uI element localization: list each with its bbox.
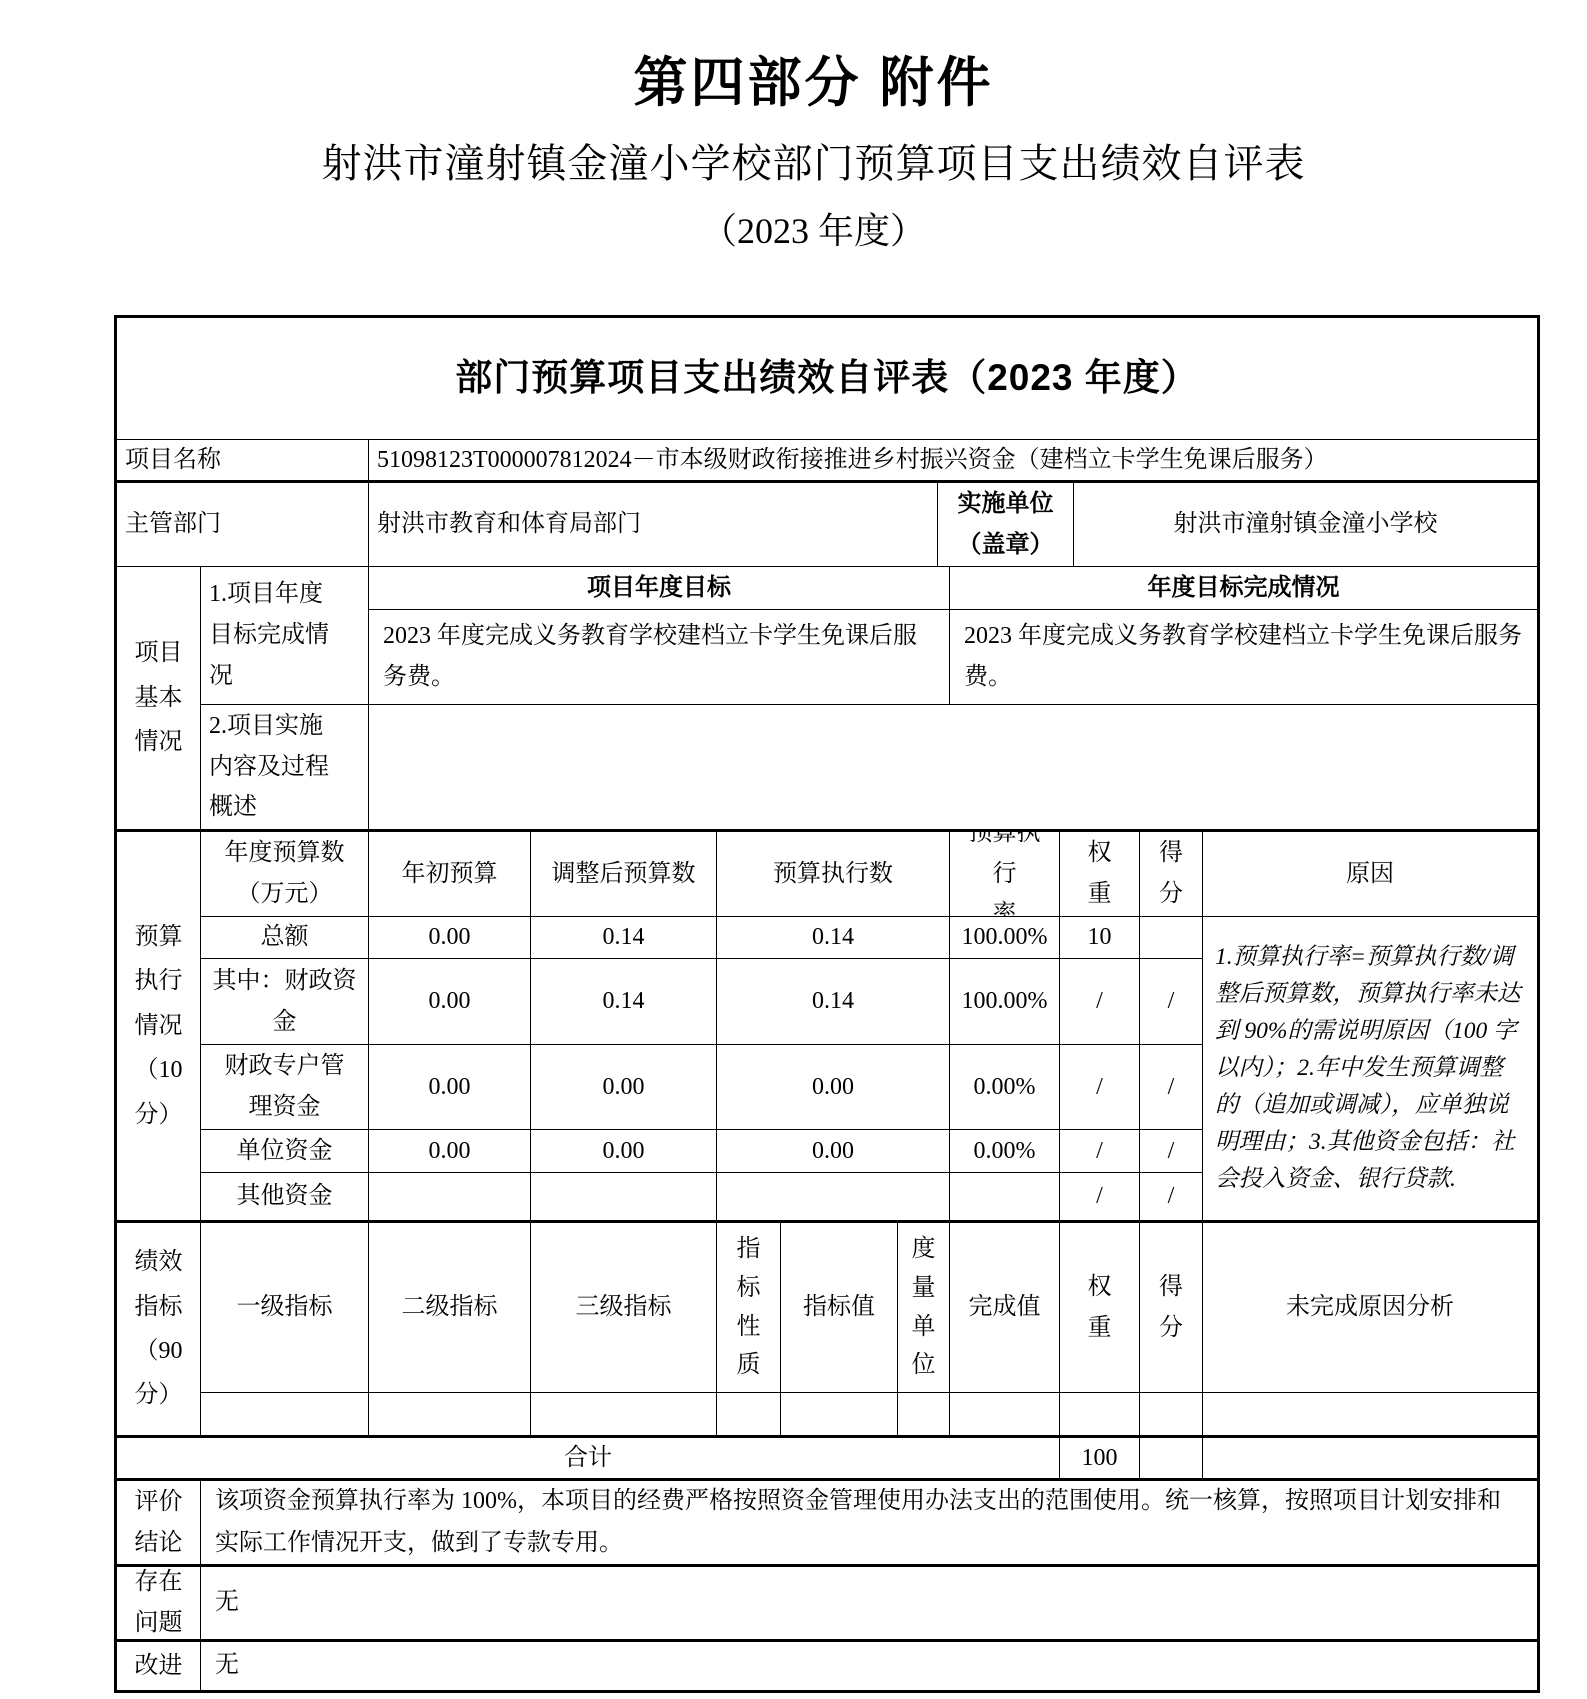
budget-row-label: 总额 xyxy=(201,917,369,959)
annual-goal-row-label: 1.项目年度 目标完成情 况 xyxy=(201,567,369,705)
budget-cell: 0.00% xyxy=(950,1130,1060,1173)
section-label-performance: 绩效 指标 （90 分） xyxy=(117,1223,201,1438)
empty-cell xyxy=(1060,1393,1140,1438)
budget-header-initial: 年初预算 xyxy=(369,832,531,917)
total-weight: 100 xyxy=(1060,1438,1140,1481)
budget-cell: / xyxy=(1060,1130,1140,1173)
empty-cell xyxy=(369,1393,531,1438)
implementing-unit-label: 实施单位 （盖章） xyxy=(938,483,1074,567)
budget-row-label: 财政专户管 理资金 xyxy=(201,1045,369,1130)
empty-cell xyxy=(1203,1393,1537,1438)
budget-cell xyxy=(369,1173,531,1223)
perf-header-analysis: 未完成原因分析 xyxy=(1203,1223,1537,1393)
budget-cell: 10 xyxy=(1060,917,1140,959)
empty-cell xyxy=(898,1393,950,1438)
budget-cell: / xyxy=(1140,1173,1203,1223)
perf-header-level2: 二级指标 xyxy=(369,1223,531,1393)
improvement-text: 无 xyxy=(201,1642,1537,1690)
problems-text: 无 xyxy=(201,1567,1537,1642)
empty-cell xyxy=(531,1393,717,1438)
project-name-label: 项目名称 xyxy=(117,440,369,483)
section-label-basic-info: 项目 基本 情况 xyxy=(117,567,201,832)
budget-cell: / xyxy=(1060,1173,1140,1223)
perf-header-completed-value: 完成值 xyxy=(950,1223,1060,1393)
budget-header-adjusted: 调整后预算数 xyxy=(531,832,717,917)
problems-label: 存在 问题 xyxy=(117,1567,201,1642)
budget-cell: 0.14 xyxy=(531,959,717,1045)
empty-cell xyxy=(781,1393,898,1438)
project-name-value: 51098123T000007812024－市本级财政衔接推进乡村振兴资金（建档… xyxy=(369,440,1537,483)
perf-header-level1: 一级指标 xyxy=(201,1223,369,1393)
table-title: 部门预算项目支出绩效自评表（2023 年度） xyxy=(117,318,1537,440)
annual-goal-header: 项目年度目标 xyxy=(369,567,950,610)
goal-completion-header: 年度目标完成情况 xyxy=(950,567,1537,610)
budget-row-label: 其他资金 xyxy=(201,1173,369,1223)
budget-cell xyxy=(531,1173,717,1223)
budget-cell: 0.00 xyxy=(531,1045,717,1130)
budget-row-label: 单位资金 xyxy=(201,1130,369,1173)
budget-header-weight: 权 重 xyxy=(1060,832,1140,917)
budget-cell: / xyxy=(1140,1045,1203,1130)
perf-header-nature: 指 标 性 质 xyxy=(717,1223,781,1393)
budget-cell: 100.00% xyxy=(950,959,1060,1045)
budget-header-executed: 预算执行数 xyxy=(717,832,950,917)
total-label: 合计 xyxy=(117,1438,1060,1481)
budget-cell: 0.00 xyxy=(531,1130,717,1173)
perf-header-score: 得 分 xyxy=(1140,1223,1203,1393)
budget-cell: 0.00 xyxy=(717,1130,950,1173)
implementing-unit-value: 射洪市潼射镇金潼小学校 xyxy=(1074,483,1537,567)
budget-cell: / xyxy=(1060,959,1140,1045)
year-line: （2023 年度） xyxy=(40,203,1587,254)
budget-cell xyxy=(1140,917,1203,959)
page-title: 第四部分 附件 xyxy=(40,40,1587,117)
budget-cell: 100.00% xyxy=(950,917,1060,959)
budget-header-rate: 预算执行 率 xyxy=(950,832,1060,917)
budget-cell: / xyxy=(1140,959,1203,1045)
annual-goal-text: 2023 年度完成义务教育学校建档立卡学生免课后服务费。 xyxy=(369,610,950,705)
improvement-label: 改进 xyxy=(117,1642,201,1690)
perf-header-weight: 权 重 xyxy=(1060,1223,1140,1393)
department-label: 主管部门 xyxy=(117,483,369,567)
budget-cell: 0.00 xyxy=(369,1045,531,1130)
budget-cell: / xyxy=(1060,1045,1140,1130)
budget-cell: / xyxy=(1140,1130,1203,1173)
total-score xyxy=(1140,1438,1203,1481)
empty-cell xyxy=(201,1393,369,1438)
budget-header-reason: 原因 xyxy=(1203,832,1537,917)
budget-cell: 0.00 xyxy=(369,959,531,1045)
budget-cell xyxy=(717,1173,950,1223)
empty-cell xyxy=(717,1393,781,1438)
document-subtitle: 射洪市潼射镇金潼小学校部门预算项目支出绩效自评表 xyxy=(40,132,1587,189)
document-page: 第四部分 附件 射洪市潼射镇金潼小学校部门预算项目支出绩效自评表 （2023 年… xyxy=(0,0,1587,1699)
budget-cell: 0.14 xyxy=(531,917,717,959)
empty-cell xyxy=(950,1393,1060,1438)
budget-row-label: 其中：财政资 金 xyxy=(201,959,369,1045)
goal-completion-text: 2023 年度完成义务教育学校建档立卡学生免课后服务费。 xyxy=(950,610,1537,705)
perf-header-level3: 三级指标 xyxy=(531,1223,717,1393)
implementation-row-label: 2.项目实施 内容及过程 概述 xyxy=(201,705,369,832)
budget-cell: 0.00 xyxy=(369,917,531,959)
conclusion-label: 评价 结论 xyxy=(117,1481,201,1567)
conclusion-text: 该项资金预算执行率为 100%，本项目的经费严格按照资金管理使用办法支出的范围使… xyxy=(201,1481,1537,1567)
budget-cell: 0.00% xyxy=(950,1045,1060,1130)
budget-cell: 0.14 xyxy=(717,917,950,959)
budget-header-score: 得 分 xyxy=(1140,832,1203,917)
budget-header-annual: 年度预算数 （万元） xyxy=(201,832,369,917)
section-label-budget-execution: 预算 执行 情况 （10 分） xyxy=(117,832,201,1223)
department-value: 射洪市教育和体育局部门 xyxy=(369,483,938,567)
budget-cell: 0.14 xyxy=(717,959,950,1045)
budget-reason-note: 1.预算执行率=预算执行数/调整后预算数，预算执行率未达到 90%的需说明原因（… xyxy=(1203,917,1537,1223)
self-evaluation-table: 部门预算项目支出绩效自评表（2023 年度） 项目名称 51098123T000… xyxy=(114,315,1540,1693)
implementation-content xyxy=(369,705,1537,832)
empty-cell xyxy=(1140,1393,1203,1438)
perf-header-measure-unit: 度 量 单 位 xyxy=(898,1223,950,1393)
budget-cell: 0.00 xyxy=(369,1130,531,1173)
perf-header-target-value: 指标值 xyxy=(781,1223,898,1393)
budget-cell: 0.00 xyxy=(717,1045,950,1130)
total-analysis xyxy=(1203,1438,1537,1481)
budget-cell xyxy=(950,1173,1060,1223)
